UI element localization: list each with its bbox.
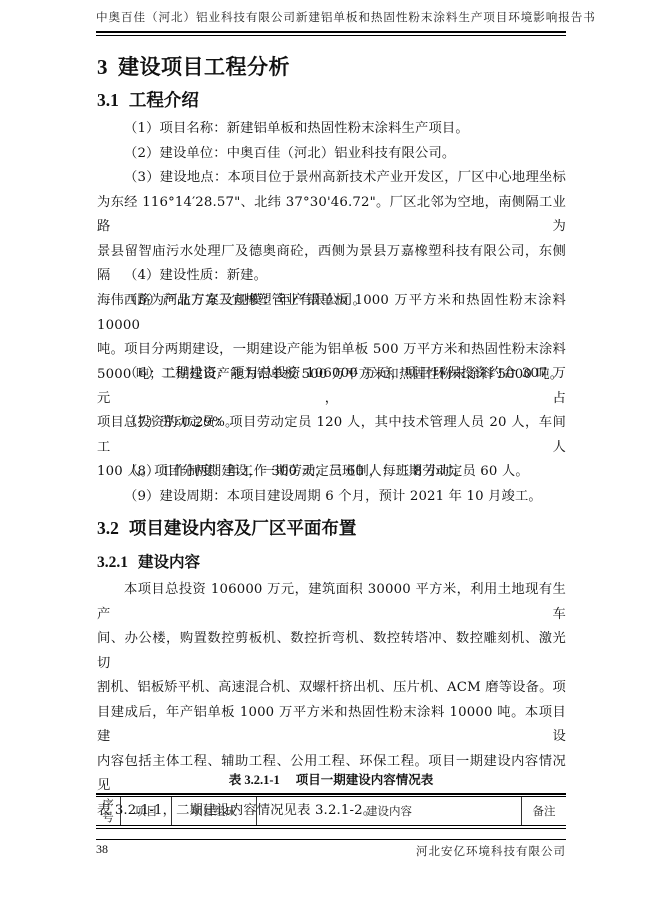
text-line: （8）工作制度：年工作 300 天，三班制，每班 8 小时。 — [97, 460, 566, 485]
page-number: 38 — [96, 842, 108, 857]
text-line: （9）建设周期：本项目建设周期 6 个月，预计 2021 年 10 月竣工。 — [97, 485, 566, 510]
section-number: 3.2 — [97, 518, 119, 538]
table-header-remarks: 备注 — [522, 797, 566, 825]
chapter-number: 3 — [97, 55, 108, 79]
table-header-composition: 项目组成 — [172, 797, 256, 825]
text-line: 间、办公楼，购置数控剪板机、数控折弯机、数控转塔冲、数控雕刻机、激光切 — [97, 627, 566, 676]
text-line: （3）建设地点：本项目位于景州高新技术产业开发区，厂区中心地理坐标 — [97, 166, 566, 191]
footer-organization: 河北安亿环境科技有限公司 — [416, 843, 566, 859]
text-line: （4）建设性质：新建。 — [97, 264, 566, 289]
header-rule-thin — [96, 35, 566, 36]
item-construction-nature: （4）建设性质：新建。 — [97, 264, 566, 289]
construction-content-table: 序 号 项目 项目组成 建设内容 备注 — [96, 793, 566, 830]
table-caption: 表 3.2.1-1项目一期建设内容情况表 — [0, 770, 662, 788]
table-caption-number: 表 3.2.1-1 — [229, 773, 280, 787]
table-header-item: 项目 — [121, 797, 171, 825]
section-title: 工程介绍 — [129, 91, 199, 111]
item-work-schedule: （8）工作制度：年工作 300 天，三班制，每班 8 小时。 — [97, 460, 566, 485]
text-line: （5）产品方案及规模：年产铝单板 1000 万平方米和热固性粉末涂料 10000 — [97, 289, 566, 338]
table-header-seq: 序 号 — [96, 797, 120, 825]
table-top-rule — [96, 793, 566, 795]
chapter-heading: 3建设项目工程分析 — [97, 51, 290, 81]
text-line: （7）劳动定员：项目劳动定员 120 人，其中技术管理人员 20 人，车间工人 — [97, 411, 566, 460]
text-line: 割机、铝板矫平机、高速混合机、双螺杆挤出机、压片机、ACM 磨等设备。项 — [97, 676, 566, 701]
section-heading-3-2: 3.2项目建设内容及厂区平面布置 — [97, 515, 356, 540]
section-number: 3.1 — [97, 90, 119, 110]
item-project-name: （1）项目名称：新建铝单板和热固性粉末涂料生产项目。 — [97, 117, 566, 142]
section-title: 项目建设内容及厂区平面布置 — [129, 519, 357, 539]
text-line: （1）项目名称：新建铝单板和热固性粉末涂料生产项目。 — [97, 117, 566, 142]
table-header-rule-thick — [96, 828, 566, 830]
text-line: 吨。项目分两期建设，一期建设产能为铝单板 500 万平方米和热固性粉末涂料 — [97, 338, 566, 363]
item-construction-period: （9）建设周期：本项目建设周期 6 个月，预计 2021 年 10 月竣工。 — [97, 485, 566, 510]
text-line: （2）建设单位：中奥百佳（河北）铝业科技有限公司。 — [97, 142, 566, 167]
table-header-rule — [96, 825, 566, 826]
table-caption-title: 项目一期建设内容情况表 — [296, 772, 434, 787]
running-header: 中奥百佳（河北）铝业科技有限公司新建铝单板和热固性粉末涂料生产项目环境影响报告书 — [96, 9, 566, 25]
chapter-title: 建设项目工程分析 — [118, 55, 290, 79]
footer-rule — [96, 839, 566, 840]
header-rule-thick — [96, 31, 566, 33]
text-line: （6）工程投资：项目总投资 106000 万元，项目环保投资约合 307 万元，… — [97, 362, 566, 411]
text-line: 目建成后，年产铝单板 1000 万平方米和热固性粉末涂料 10000 吨。本项目… — [97, 701, 566, 750]
item-construction-unit: （2）建设单位：中奥百佳（河北）铝业科技有限公司。 — [97, 142, 566, 167]
table-header-content: 建设内容 — [257, 797, 521, 825]
document-page: 中奥百佳（河北）铝业科技有限公司新建铝单板和热固性粉末涂料生产项目环境影响报告书… — [0, 0, 662, 901]
text-line: 本项目总投资 106000 万元，建筑面积 30000 平方米，利用土地现有生产… — [97, 578, 566, 627]
subsection-title: 建设内容 — [138, 553, 200, 571]
section-heading-3-1: 3.1工程介绍 — [97, 87, 199, 112]
subsection-number: 3.2.1 — [97, 554, 128, 571]
text-line: 为东经 116°14′28.57"、北纬 37°30'46.72"。厂区北邻为空… — [97, 191, 566, 240]
subsection-heading-3-2-1: 3.2.1建设内容 — [97, 550, 200, 572]
